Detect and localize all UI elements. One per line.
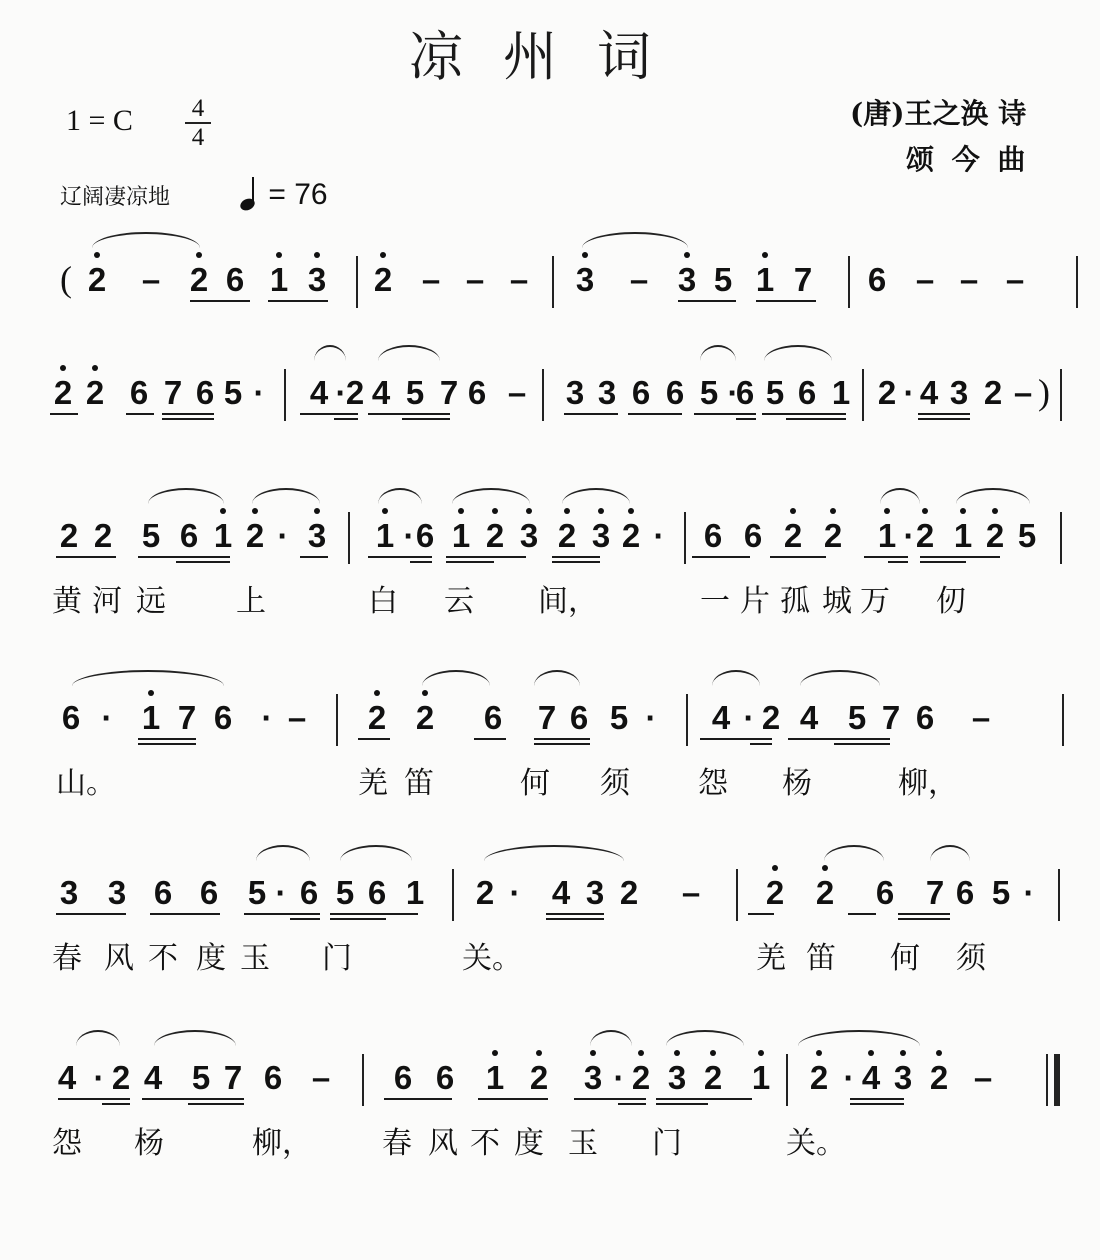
note: 4 [56,1060,78,1096]
note: 2 [928,1060,950,1096]
duration-underline [918,413,970,415]
duration-underline [552,561,600,563]
high-octave-dot [314,252,320,258]
note: 6 [224,262,246,298]
note: 6 [298,875,320,911]
barline [336,694,338,746]
lyric-syllable: 须 [956,933,986,977]
note: 5 [190,1060,212,1096]
lyric-syllable: 杨 [782,758,812,802]
note: 6 [742,518,764,554]
duration-underline [190,300,250,302]
note: 3 [676,262,698,298]
lyric-syllable: 山。 [56,758,116,802]
high-octave-dot [758,1050,764,1056]
note: 1 [404,875,426,911]
sustain-dash: – [970,700,992,736]
duration-underline [564,413,618,415]
duration-underline [656,1098,708,1100]
slur [712,670,760,686]
duration-underline [736,413,756,415]
lyric-syllable: 何 [520,758,550,802]
time-signature-bottom: 4 [185,125,211,150]
duration-underline [786,418,846,420]
duration-underline [834,738,890,740]
tempo-marking: = 76 [240,178,328,212]
lyric-syllable: 上 [236,576,266,620]
augmentation-dot: · [504,875,526,911]
note: 6 [152,875,174,911]
barline [356,256,358,308]
note: 2 [702,1060,724,1096]
note: 1 [484,1060,506,1096]
barline [284,369,286,421]
note: 3 [306,262,328,298]
slur [422,670,490,686]
lyric-syllable: 不 [470,1118,500,1162]
high-octave-dot [314,508,320,514]
note: 7 [176,700,198,736]
high-octave-dot [822,865,828,871]
duration-underline [56,913,126,915]
note: 6 [392,1060,414,1096]
lyric-syllable: 门 [652,1118,682,1162]
sustain-dash: – [506,375,528,411]
duration-underline [850,1098,904,1100]
high-octave-dot [252,508,258,514]
note: 2 [808,1060,830,1096]
note: 6 [194,375,216,411]
note: 1 [754,262,776,298]
note: 7 [438,375,460,411]
high-octave-dot [382,508,388,514]
augmentation-dot: · [898,375,920,411]
sustain-dash: – [508,262,530,298]
sustain-dash: – [464,262,486,298]
high-octave-dot [684,252,690,258]
augmentation-dot: · [270,875,292,911]
high-octave-dot [884,508,890,514]
slur [590,1030,632,1046]
note: 1 [876,518,898,554]
high-octave-dot [220,508,226,514]
note: 5 [990,875,1012,911]
duration-underline [920,561,966,563]
note: 2 [556,518,578,554]
note: 1 [268,262,290,298]
note: 2 [372,262,394,298]
note: 3 [58,875,80,911]
note: 6 [482,700,504,736]
high-octave-dot [960,508,966,514]
note: 2 [84,375,106,411]
lyric-syllable: 仞 [936,576,966,620]
high-octave-dot [526,508,532,514]
time-signature-top: 4 [185,96,211,121]
high-octave-dot [536,1050,542,1056]
staff-row: 226765·4·24576–33665·65612·432–) [0,375,1100,495]
note: 6 [630,375,652,411]
lyric-syllable: 一 [700,576,730,620]
slur [824,845,884,861]
duration-underline [628,413,682,415]
duration-underline [898,918,950,920]
barline [1058,869,1060,921]
note: 6 [664,375,686,411]
note: 6 [914,700,936,736]
staff-row: 225612·31·6123232·66221·2125黄河远上白云间，一片孤城… [0,518,1100,638]
duration-underline [102,1098,130,1100]
barline [542,369,544,421]
lyric-syllable: 万 [860,576,890,620]
barline [686,694,688,746]
expression-marking: 辽阔凄凉地 [60,180,170,211]
final-barline-thick [1054,1054,1060,1106]
augmentation-dot: · [1018,875,1040,911]
high-octave-dot [582,252,588,258]
note: 6 [734,375,756,411]
lyric-syllable: 度 [196,933,226,977]
duration-underline [918,418,970,420]
barline [1076,256,1078,308]
augmentation-dot: · [648,518,670,554]
note: 2 [760,700,782,736]
note: 4 [798,700,820,736]
duration-underline [750,738,772,740]
sustain-dash: – [286,700,308,736]
barline [848,256,850,308]
augmentation-dot: · [608,1060,630,1096]
duration-underline [546,913,604,915]
note: 5 [846,700,868,736]
high-octave-dot [94,252,100,258]
note: 5 [1016,518,1038,554]
note: 3 [590,518,612,554]
note: 4 [550,875,572,911]
note: 1 [374,518,396,554]
high-octave-dot [92,365,98,371]
duration-underline [290,918,320,920]
sustain-dash: – [972,1060,994,1096]
lyricist-credit: (唐)王之涣 诗 [850,92,1026,132]
augmentation-dot: · [272,518,294,554]
note: 6 [568,700,590,736]
note: 1 [952,518,974,554]
duration-underline [920,556,966,558]
lyric-syllable: 片 [740,576,770,620]
note: 6 [434,1060,456,1096]
slur [484,845,624,861]
parenthesis: ( [60,258,72,300]
slur [930,845,970,861]
note: 5 [334,875,356,911]
high-octave-dot [772,865,778,871]
sustain-dash: – [1012,375,1034,411]
lyric-syllable: 城 [822,576,852,620]
composer-credit: 颂 今 曲 [906,138,1030,178]
duration-underline [552,556,600,558]
note: 3 [948,375,970,411]
note: 2 [474,875,496,911]
barline [786,1054,788,1106]
slur [72,670,224,686]
note: 6 [866,262,888,298]
augmentation-dot: · [738,700,760,736]
high-octave-dot [816,1050,822,1056]
sustain-dash: – [628,262,650,298]
duration-underline [176,561,230,563]
slur [340,845,412,861]
duration-underline [300,556,328,558]
note: 5 [404,375,426,411]
note: 3 [518,518,540,554]
sustain-dash: – [680,875,702,911]
note: 1 [212,518,234,554]
note: 2 [618,875,640,911]
high-octave-dot [638,1050,644,1056]
lyric-syllable: 云 [444,576,474,620]
note: 4 [860,1060,882,1096]
duration-underline [138,743,196,745]
tempo-value: = 76 [268,178,327,211]
sustain-dash: – [420,262,442,298]
note: 3 [574,262,596,298]
lyric-syllable: 杨 [134,1118,164,1162]
duration-underline [898,913,950,915]
barline [452,869,454,921]
barline [862,369,864,421]
high-octave-dot [992,508,998,514]
duration-underline [126,413,154,415]
note: 4 [308,375,330,411]
lyric-syllable: 风 [104,933,134,977]
high-octave-dot [710,1050,716,1056]
note: 2 [58,518,80,554]
duration-underline [618,1103,646,1105]
duration-underline [446,556,494,558]
lyric-syllable: 春 [382,1118,412,1162]
duration-underline [162,418,214,420]
note: 3 [596,375,618,411]
duration-underline [848,913,876,915]
duration-underline [334,413,358,415]
high-octave-dot [936,1050,942,1056]
duration-underline [290,913,320,915]
duration-underline [750,743,772,745]
barline [1062,694,1064,746]
note: 6 [60,700,82,736]
sustain-dash: – [1004,262,1026,298]
note: 7 [162,375,184,411]
duration-underline [330,918,386,920]
augmentation-dot: · [640,700,662,736]
note: 4 [918,375,940,411]
lyric-syllable: 羌 [756,933,786,977]
duration-underline [188,1103,244,1105]
note: 2 [344,375,366,411]
note: 2 [876,375,898,411]
high-octave-dot [148,690,154,696]
duration-underline [534,743,590,745]
lyric-syllable: 关。 [786,1118,846,1162]
note: 2 [188,262,210,298]
note: 2 [484,518,506,554]
slur [256,845,310,861]
lyric-syllable: 柳， [252,1118,312,1162]
note: 7 [222,1060,244,1096]
duration-underline [102,1103,130,1105]
duration-underline [446,561,494,563]
duration-underline [56,556,116,558]
note: 1 [830,375,852,411]
note: 7 [792,262,814,298]
high-octave-dot [922,508,928,514]
duration-underline [692,556,750,558]
note: 2 [914,518,936,554]
duration-underline [402,418,450,420]
note: 2 [822,518,844,554]
note: 7 [536,700,558,736]
augmentation-dot: · [838,1060,860,1096]
final-barline-thin [1046,1054,1048,1106]
lyric-syllable: 间， [538,576,598,620]
note: 4 [370,375,392,411]
augmentation-dot: · [248,375,270,411]
high-octave-dot [564,508,570,514]
note: 3 [584,875,606,911]
duration-underline [334,418,358,420]
parenthesis: ) [1038,371,1050,413]
lyric-syllable: 风 [428,1118,458,1162]
note: 1 [750,1060,772,1096]
note: 2 [982,375,1004,411]
note: 5 [222,375,244,411]
sustain-dash: – [310,1060,332,1096]
note: 2 [814,875,836,911]
note: 3 [666,1060,688,1096]
time-signature: 4 4 [185,96,211,150]
note: 5 [764,375,786,411]
duration-underline [150,913,220,915]
lyric-syllable: 门 [322,933,352,977]
note: 2 [782,518,804,554]
note: 2 [52,375,74,411]
duration-underline [888,556,908,558]
note: 6 [366,875,388,911]
note: 3 [892,1060,914,1096]
note: 6 [702,518,724,554]
quarter-note-icon [240,178,260,210]
lyric-syllable: 柳， [898,758,958,802]
note: 6 [796,375,818,411]
slur [798,1030,920,1046]
high-octave-dot [790,508,796,514]
note: 5 [246,875,268,911]
note: 7 [924,875,946,911]
duration-underline [358,738,390,740]
duration-underline [888,561,908,563]
lyric-syllable: 怨 [52,1118,82,1162]
barline [362,1054,364,1106]
high-octave-dot [590,1050,596,1056]
note: 2 [366,700,388,736]
slur [76,1030,120,1046]
lyric-syllable: 春 [52,933,82,977]
duration-underline [478,1098,548,1100]
high-octave-dot [868,1050,874,1056]
high-octave-dot [380,252,386,258]
barline [1060,369,1062,421]
note: 2 [620,518,642,554]
barline [684,512,686,564]
sustain-dash: – [140,262,162,298]
barline [736,869,738,921]
duration-underline [834,743,890,745]
lyric-syllable: 玉 [568,1118,598,1162]
duration-underline [756,300,816,302]
duration-underline [330,913,386,915]
note: 2 [244,518,266,554]
duration-underline [546,918,604,920]
note: 2 [414,700,436,736]
slur [800,670,880,686]
duration-underline [138,738,196,740]
note: 2 [630,1060,652,1096]
lyric-syllable: 怨 [698,758,728,802]
score-title: 凉州词 [0,14,1100,91]
augmentation-dot: · [96,700,118,736]
duration-underline [384,1098,452,1100]
high-octave-dot [492,1050,498,1056]
high-octave-dot [762,252,768,258]
slur [666,1030,744,1046]
slur [154,1030,236,1046]
note: 6 [178,518,200,554]
note: 3 [306,518,328,554]
lyric-syllable: 远 [136,576,166,620]
slur [582,232,688,248]
high-octave-dot [196,252,202,258]
duration-underline [50,413,78,415]
duration-underline [402,413,450,415]
note: 2 [110,1060,132,1096]
duration-underline [656,1103,708,1105]
duration-underline [618,1098,646,1100]
note: 6 [414,518,436,554]
high-octave-dot [900,1050,906,1056]
lyric-syllable: 笛 [404,758,434,802]
note: 5 [608,700,630,736]
note: 4 [142,1060,164,1096]
lyric-syllable: 羌 [358,758,388,802]
duration-underline [162,413,214,415]
sustain-dash: – [958,262,980,298]
lyric-syllable: 孤 [780,576,810,620]
note: 6 [198,875,220,911]
note: 2 [92,518,114,554]
duration-underline [770,556,826,558]
staff-row: 4·24576–66123·23212·432–怨杨柳，春风不度玉门关。 [0,1060,1100,1180]
duration-underline [678,300,736,302]
note: 2 [764,875,786,911]
note: 4 [710,700,732,736]
lyric-syllable: 笛 [806,933,836,977]
lyric-syllable: 度 [514,1118,544,1162]
high-octave-dot [60,365,66,371]
high-octave-dot [830,508,836,514]
note: 2 [86,262,108,298]
lyric-syllable: 河 [92,576,122,620]
